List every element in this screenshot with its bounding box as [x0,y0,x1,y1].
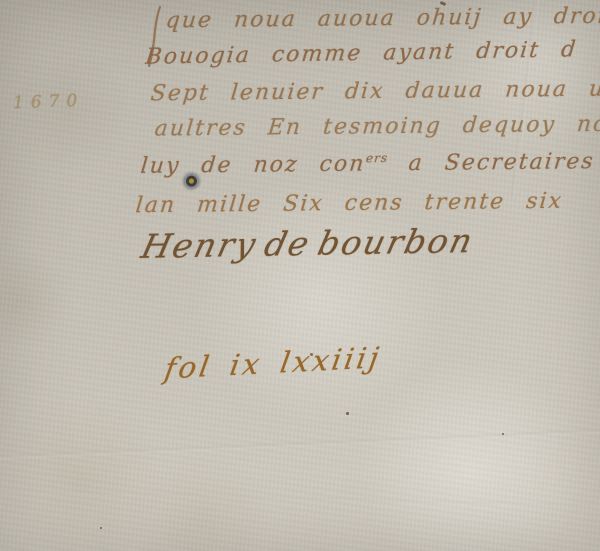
signature-henry-de-bourbon: Henry de bourbon [138,221,478,266]
manuscript-line: lan mille Six cens trente six [135,189,565,218]
ink-speck [310,353,313,356]
ink-blot [180,169,202,191]
manuscript-line: que noua auoua ohuij ay droit [165,4,600,34]
ink-speck [346,412,349,415]
superscript-abbreviation: ers [365,151,389,165]
manuscript-line: Sept lenuier dix dauua noua u [150,77,600,107]
manuscript-line: Bouogia comme ayant droit d [144,37,578,70]
ink-speck [502,433,504,435]
parchment-crease [0,490,600,508]
margin-year-annotation: 1670 [13,91,85,113]
parchment-crease [0,427,600,460]
manuscript-line: luy de noz coners a Secretaires a [140,148,600,178]
ink-speck [100,527,102,529]
line-text: a Secretaires a [386,149,600,177]
line-text: luy de noz con [140,152,367,179]
parchment-crease [73,303,121,488]
manuscript-photo: 1670 que noua auoua ohuij ay droit Bouog… [0,0,600,551]
manuscript-line: aultres En tesmoing dequoy nous [154,111,600,141]
folio-annotation: fol ix lxxiiij [162,340,384,385]
